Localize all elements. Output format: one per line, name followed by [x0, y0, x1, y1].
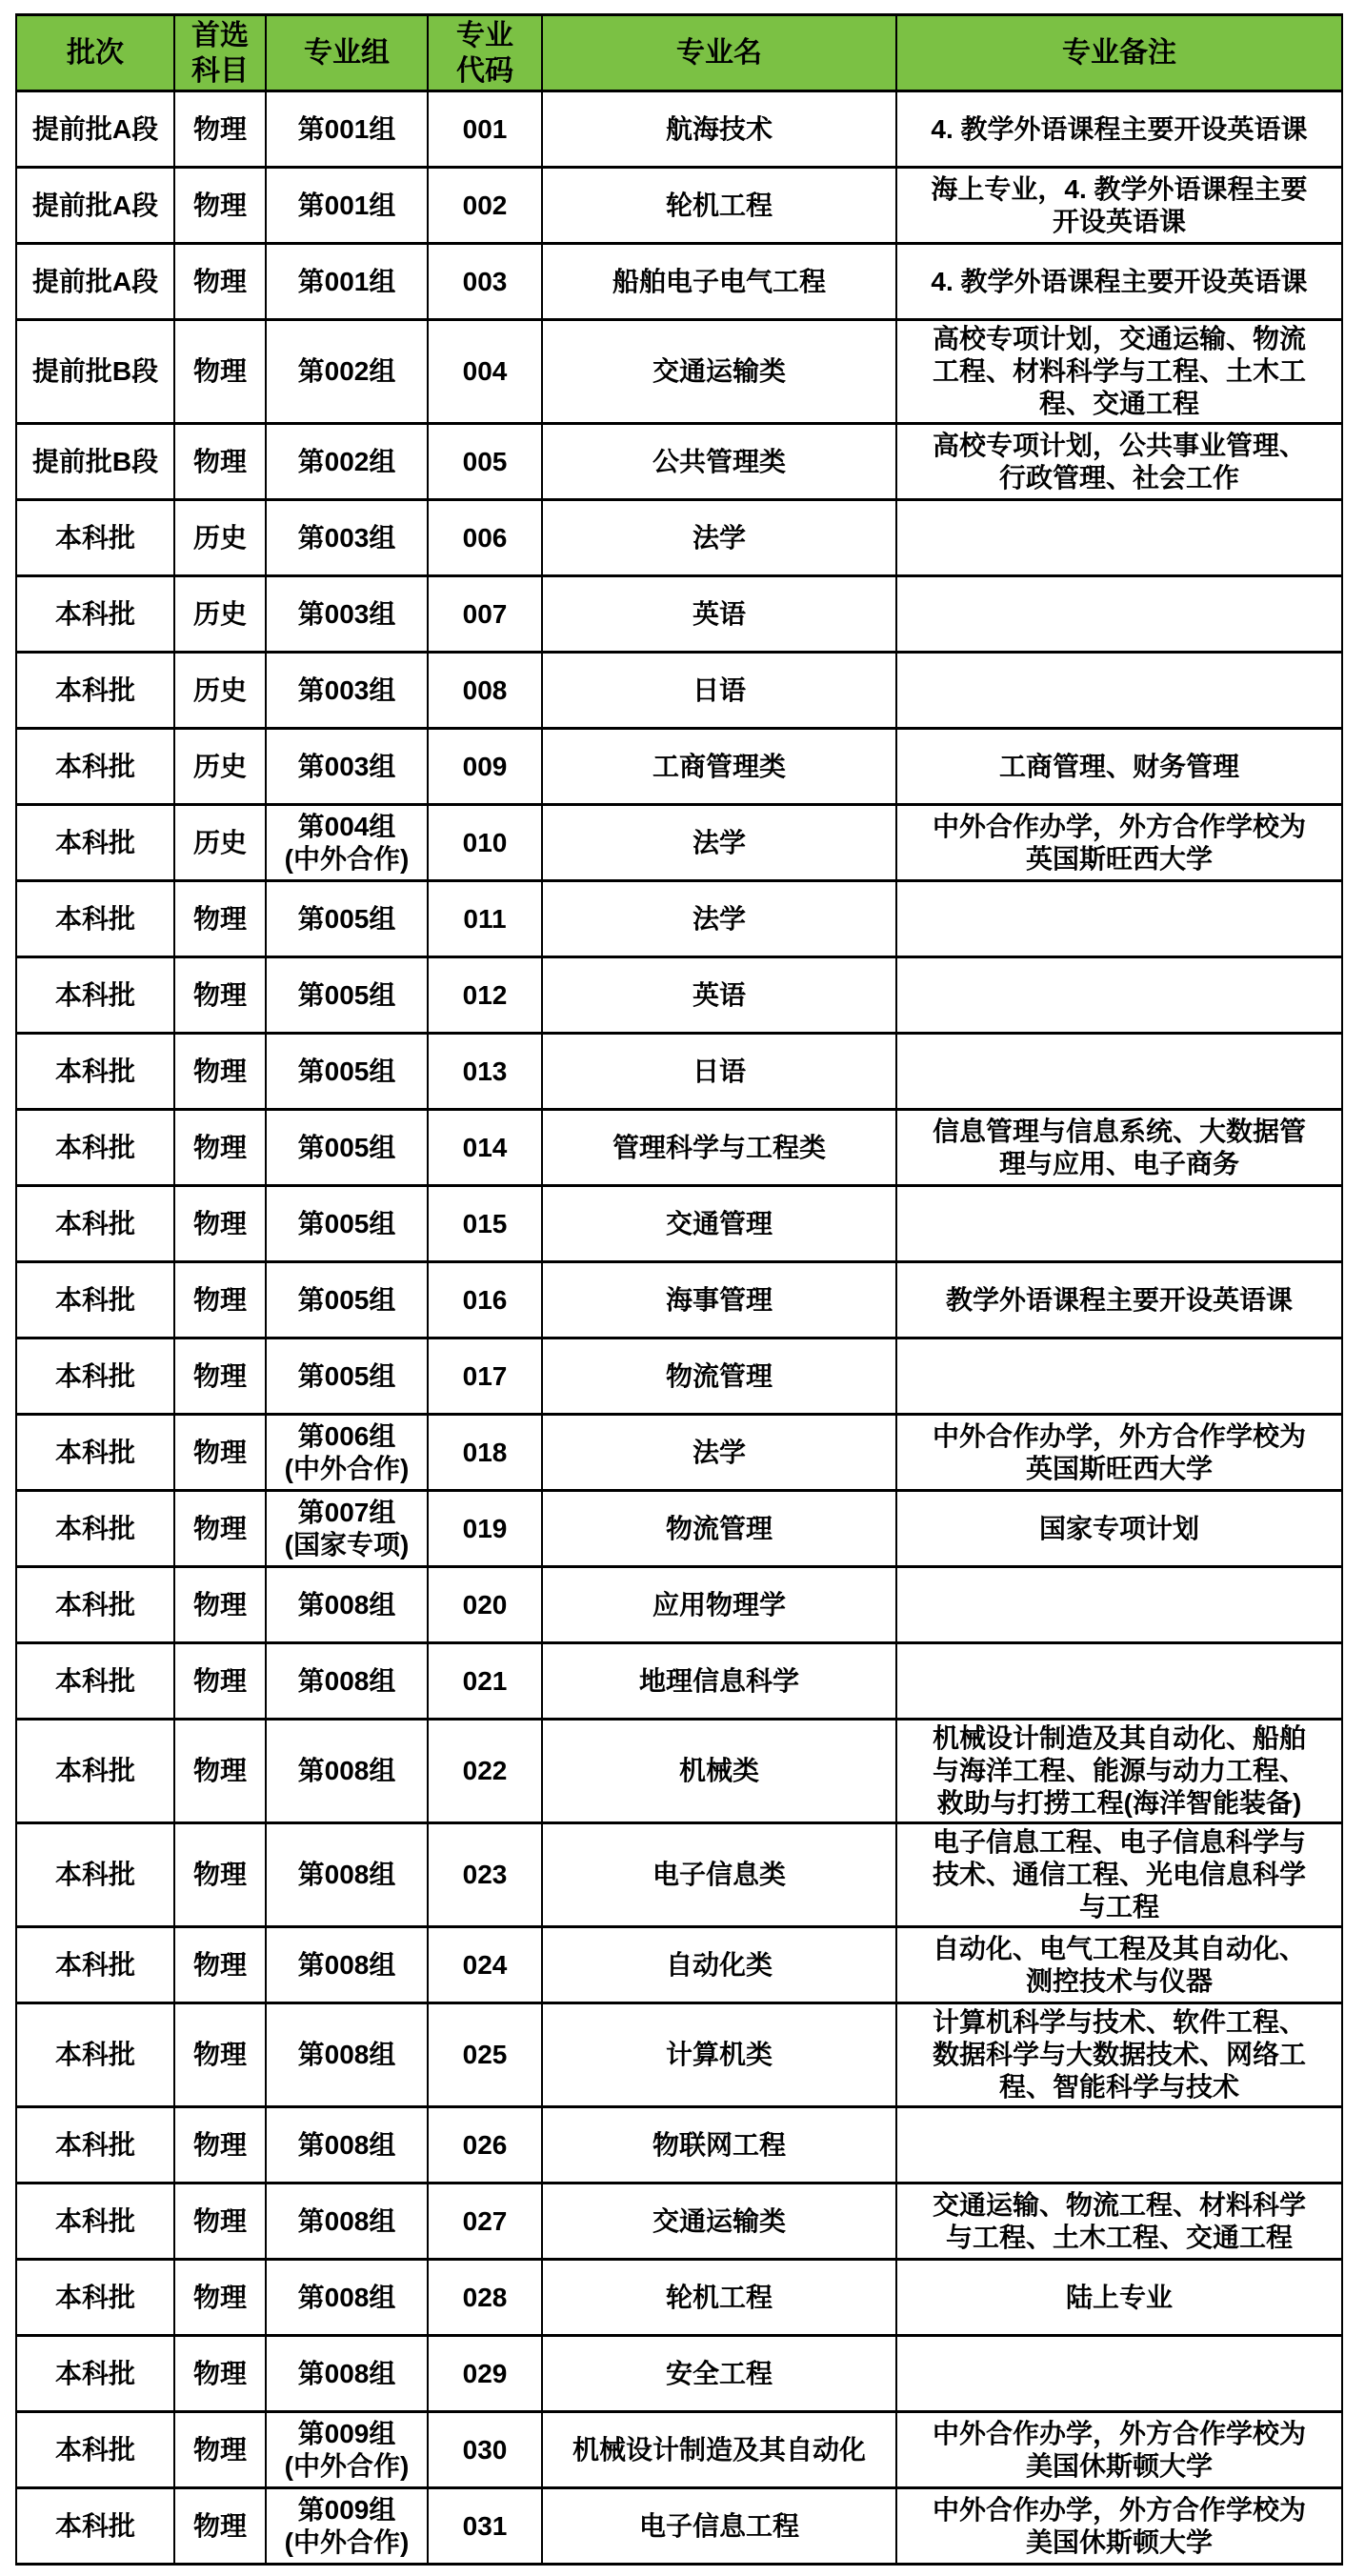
cell-group: 第002组 — [266, 424, 428, 500]
cell-major: 英语 — [542, 957, 896, 1034]
cell-remark: 4. 教学外语课程主要开设英语课 — [896, 244, 1342, 320]
table-row: 本科批历史第003组009工商管理类工商管理、财务管理 — [16, 729, 1342, 805]
cell-remark — [896, 1643, 1342, 1720]
cell-code: 028 — [428, 2260, 542, 2336]
cell-code: 009 — [428, 729, 542, 805]
cell-group: 第008组 — [266, 1720, 428, 1823]
cell-remark: 海上专业，4. 教学外语课程主要 开设英语课 — [896, 168, 1342, 244]
cell-remark — [896, 576, 1342, 653]
cell-code: 026 — [428, 2107, 542, 2184]
cell-subject: 物理 — [174, 320, 266, 424]
cell-code: 011 — [428, 881, 542, 957]
cell-subject: 物理 — [174, 2184, 266, 2260]
cell-major: 交通运输类 — [542, 320, 896, 424]
cell-code: 030 — [428, 2412, 542, 2488]
cell-subject: 物理 — [174, 1338, 266, 1415]
cell-subject: 物理 — [174, 1567, 266, 1643]
cell-major: 日语 — [542, 653, 896, 729]
cell-remark: 4. 教学外语课程主要开设英语课 — [896, 91, 1342, 168]
cell-major: 计算机类 — [542, 2003, 896, 2107]
majors-table: 批次首选 科目专业组专业 代码专业名专业备注 提前批A段物理第001组001航海… — [15, 13, 1343, 2566]
table-row: 本科批物理第007组 (国家专项)019物流管理国家专项计划 — [16, 1491, 1342, 1567]
cell-code: 014 — [428, 1110, 542, 1186]
cell-batch: 提前批A段 — [16, 168, 174, 244]
table-row: 本科批物理第008组026物联网工程 — [16, 2107, 1342, 2184]
cell-batch: 本科批 — [16, 2412, 174, 2488]
cell-remark: 国家专项计划 — [896, 1491, 1342, 1567]
cell-group: 第005组 — [266, 1338, 428, 1415]
cell-group: 第008组 — [266, 1823, 428, 1927]
cell-code: 019 — [428, 1491, 542, 1567]
cell-remark — [896, 653, 1342, 729]
cell-remark — [896, 1567, 1342, 1643]
table-row: 提前批A段物理第001组002轮机工程海上专业，4. 教学外语课程主要 开设英语… — [16, 168, 1342, 244]
header-cell-major: 专业名 — [542, 15, 896, 91]
cell-code: 029 — [428, 2336, 542, 2412]
header-cell-remark: 专业备注 — [896, 15, 1342, 91]
cell-remark: 交通运输、物流工程、材料科学 与工程、土木工程、交通工程 — [896, 2184, 1342, 2260]
table-row: 本科批物理第009组 (中外合作)030机械设计制造及其自动化中外合作办学，外方… — [16, 2412, 1342, 2488]
cell-subject: 物理 — [174, 957, 266, 1034]
cell-code: 005 — [428, 424, 542, 500]
cell-batch: 本科批 — [16, 2184, 174, 2260]
cell-major: 法学 — [542, 805, 896, 881]
cell-batch: 本科批 — [16, 1034, 174, 1110]
cell-code: 004 — [428, 320, 542, 424]
table-row: 提前批A段物理第001组003船舶电子电气工程4. 教学外语课程主要开设英语课 — [16, 244, 1342, 320]
cell-major: 管理科学与工程类 — [542, 1110, 896, 1186]
cell-remark: 高校专项计划，交通运输、物流 工程、材料科学与工程、土木工 程、交通工程 — [896, 320, 1342, 424]
cell-major: 自动化类 — [542, 1927, 896, 2003]
header-cell-code: 专业 代码 — [428, 15, 542, 91]
cell-subject: 物理 — [174, 2488, 266, 2565]
cell-major: 法学 — [542, 1415, 896, 1491]
cell-major: 物联网工程 — [542, 2107, 896, 2184]
cell-major: 航海技术 — [542, 91, 896, 168]
cell-remark — [896, 1186, 1342, 1262]
cell-code: 015 — [428, 1186, 542, 1262]
cell-group: 第008组 — [266, 1927, 428, 2003]
cell-batch: 本科批 — [16, 805, 174, 881]
cell-group: 第005组 — [266, 957, 428, 1034]
cell-code: 010 — [428, 805, 542, 881]
cell-subject: 物理 — [174, 1720, 266, 1823]
cell-group: 第003组 — [266, 653, 428, 729]
cell-subject: 物理 — [174, 1491, 266, 1567]
cell-group: 第009组 (中外合作) — [266, 2488, 428, 2565]
cell-group: 第008组 — [266, 2336, 428, 2412]
table-row: 提前批B段物理第002组005公共管理类高校专项计划，公共事业管理、 行政管理、… — [16, 424, 1342, 500]
cell-batch: 本科批 — [16, 2107, 174, 2184]
cell-code: 007 — [428, 576, 542, 653]
cell-code: 022 — [428, 1720, 542, 1823]
cell-batch: 提前批B段 — [16, 320, 174, 424]
cell-group: 第003组 — [266, 500, 428, 576]
table-row: 本科批物理第008组021地理信息科学 — [16, 1643, 1342, 1720]
cell-major: 交通管理 — [542, 1186, 896, 1262]
cell-code: 031 — [428, 2488, 542, 2565]
majors-table-container: 批次首选 科目专业组专业 代码专业名专业备注 提前批A段物理第001组001航海… — [15, 13, 1341, 2566]
cell-subject: 物理 — [174, 1643, 266, 1720]
cell-group: 第008组 — [266, 1567, 428, 1643]
cell-batch: 本科批 — [16, 1415, 174, 1491]
cell-group: 第005组 — [266, 881, 428, 957]
cell-major: 地理信息科学 — [542, 1643, 896, 1720]
table-row: 本科批历史第003组007英语 — [16, 576, 1342, 653]
cell-batch: 本科批 — [16, 500, 174, 576]
cell-code: 012 — [428, 957, 542, 1034]
cell-group: 第008组 — [266, 1643, 428, 1720]
cell-code: 016 — [428, 1262, 542, 1338]
cell-batch: 本科批 — [16, 2260, 174, 2336]
cell-batch: 本科批 — [16, 729, 174, 805]
cell-batch: 提前批A段 — [16, 91, 174, 168]
cell-subject: 物理 — [174, 1110, 266, 1186]
cell-remark — [896, 500, 1342, 576]
cell-remark — [896, 1034, 1342, 1110]
cell-subject: 物理 — [174, 1186, 266, 1262]
cell-subject: 历史 — [174, 805, 266, 881]
cell-major: 法学 — [542, 881, 896, 957]
cell-remark: 教学外语课程主要开设英语课 — [896, 1262, 1342, 1338]
cell-major: 工商管理类 — [542, 729, 896, 805]
cell-group: 第003组 — [266, 576, 428, 653]
cell-remark: 机械设计制造及其自动化、船舶 与海洋工程、能源与动力工程、 救助与打捞工程(海洋… — [896, 1720, 1342, 1823]
cell-batch: 本科批 — [16, 1491, 174, 1567]
cell-code: 008 — [428, 653, 542, 729]
table-row: 本科批物理第009组 (中外合作)031电子信息工程中外合作办学，外方合作学校为… — [16, 2488, 1342, 2565]
cell-code: 002 — [428, 168, 542, 244]
cell-subject: 物理 — [174, 91, 266, 168]
table-row: 本科批物理第008组020应用物理学 — [16, 1567, 1342, 1643]
cell-major: 交通运输类 — [542, 2184, 896, 2260]
cell-code: 024 — [428, 1927, 542, 2003]
table-row: 本科批物理第008组028轮机工程陆上专业 — [16, 2260, 1342, 2336]
cell-batch: 提前批B段 — [16, 424, 174, 500]
table-row: 本科批物理第008组022机械类机械设计制造及其自动化、船舶 与海洋工程、能源与… — [16, 1720, 1342, 1823]
cell-subject: 物理 — [174, 1034, 266, 1110]
table-row: 本科批物理第005组016海事管理教学外语课程主要开设英语课 — [16, 1262, 1342, 1338]
table-row: 本科批历史第003组006法学 — [16, 500, 1342, 576]
cell-subject: 历史 — [174, 729, 266, 805]
cell-batch: 本科批 — [16, 1823, 174, 1927]
page: { "table": { "colors": { "header_bg": "#… — [0, 0, 1345, 2576]
cell-code: 025 — [428, 2003, 542, 2107]
cell-remark: 陆上专业 — [896, 2260, 1342, 2336]
cell-subject: 物理 — [174, 2412, 266, 2488]
cell-group: 第005组 — [266, 1110, 428, 1186]
cell-major: 物流管理 — [542, 1491, 896, 1567]
cell-subject: 物理 — [174, 1415, 266, 1491]
header-cell-group: 专业组 — [266, 15, 428, 91]
table-row: 本科批物理第005组011法学 — [16, 881, 1342, 957]
cell-major: 机械类 — [542, 1720, 896, 1823]
table-row: 提前批B段物理第002组004交通运输类高校专项计划，交通运输、物流 工程、材料… — [16, 320, 1342, 424]
cell-group: 第008组 — [266, 2184, 428, 2260]
cell-remark — [896, 2336, 1342, 2412]
cell-subject: 历史 — [174, 576, 266, 653]
cell-batch: 提前批A段 — [16, 244, 174, 320]
table-row: 本科批物理第008组024自动化类自动化、电气工程及其自动化、 测控技术与仪器 — [16, 1927, 1342, 2003]
cell-remark: 自动化、电气工程及其自动化、 测控技术与仪器 — [896, 1927, 1342, 2003]
cell-batch: 本科批 — [16, 957, 174, 1034]
cell-remark: 中外合作办学，外方合作学校为 英国斯旺西大学 — [896, 805, 1342, 881]
cell-subject: 物理 — [174, 1927, 266, 2003]
cell-remark: 工商管理、财务管理 — [896, 729, 1342, 805]
cell-batch: 本科批 — [16, 1643, 174, 1720]
table-row: 本科批物理第005组017物流管理 — [16, 1338, 1342, 1415]
cell-remark: 电子信息工程、电子信息科学与 技术、通信工程、光电信息科学 与工程 — [896, 1823, 1342, 1927]
cell-subject: 物理 — [174, 2260, 266, 2336]
cell-major: 电子信息工程 — [542, 2488, 896, 2565]
cell-subject: 历史 — [174, 500, 266, 576]
cell-major: 应用物理学 — [542, 1567, 896, 1643]
cell-batch: 本科批 — [16, 576, 174, 653]
cell-group: 第004组 (中外合作) — [266, 805, 428, 881]
cell-remark — [896, 881, 1342, 957]
cell-group: 第001组 — [266, 244, 428, 320]
cell-remark: 中外合作办学，外方合作学校为 美国休斯顿大学 — [896, 2488, 1342, 2565]
cell-group: 第006组 (中外合作) — [266, 1415, 428, 1491]
cell-batch: 本科批 — [16, 1720, 174, 1823]
cell-group: 第005组 — [266, 1262, 428, 1338]
table-row: 本科批物理第006组 (中外合作)018法学中外合作办学，外方合作学校为 英国斯… — [16, 1415, 1342, 1491]
cell-subject: 历史 — [174, 653, 266, 729]
cell-subject: 物理 — [174, 2336, 266, 2412]
cell-remark — [896, 957, 1342, 1034]
cell-batch: 本科批 — [16, 1927, 174, 2003]
table-row: 本科批物理第005组012英语 — [16, 957, 1342, 1034]
table-row: 本科批物理第008组023电子信息类电子信息工程、电子信息科学与 技术、通信工程… — [16, 1823, 1342, 1927]
cell-remark: 高校专项计划，公共事业管理、 行政管理、社会工作 — [896, 424, 1342, 500]
cell-major: 船舶电子电气工程 — [542, 244, 896, 320]
cell-group: 第007组 (国家专项) — [266, 1491, 428, 1567]
cell-batch: 本科批 — [16, 881, 174, 957]
cell-code: 013 — [428, 1034, 542, 1110]
cell-code: 021 — [428, 1643, 542, 1720]
cell-major: 海事管理 — [542, 1262, 896, 1338]
cell-code: 027 — [428, 2184, 542, 2260]
cell-batch: 本科批 — [16, 2003, 174, 2107]
cell-group: 第008组 — [266, 2260, 428, 2336]
header-row: 批次首选 科目专业组专业 代码专业名专业备注 — [16, 15, 1342, 91]
cell-group: 第001组 — [266, 168, 428, 244]
table-row: 本科批历史第004组 (中外合作)010法学中外合作办学，外方合作学校为 英国斯… — [16, 805, 1342, 881]
table-row: 本科批物理第008组025计算机类计算机科学与技术、软件工程、 数据科学与大数据… — [16, 2003, 1342, 2107]
cell-group: 第005组 — [266, 1186, 428, 1262]
cell-group: 第002组 — [266, 320, 428, 424]
cell-major: 英语 — [542, 576, 896, 653]
header-cell-subject: 首选 科目 — [174, 15, 266, 91]
cell-major: 日语 — [542, 1034, 896, 1110]
cell-subject: 物理 — [174, 168, 266, 244]
cell-batch: 本科批 — [16, 2336, 174, 2412]
table-row: 本科批物理第008组027交通运输类交通运输、物流工程、材料科学 与工程、土木工… — [16, 2184, 1342, 2260]
cell-subject: 物理 — [174, 244, 266, 320]
table-row: 本科批历史第003组008日语 — [16, 653, 1342, 729]
cell-remark: 中外合作办学，外方合作学校为 英国斯旺西大学 — [896, 1415, 1342, 1491]
cell-subject: 物理 — [174, 2003, 266, 2107]
cell-remark — [896, 2107, 1342, 2184]
cell-code: 018 — [428, 1415, 542, 1491]
cell-code: 023 — [428, 1823, 542, 1927]
cell-group: 第005组 — [266, 1034, 428, 1110]
cell-batch: 本科批 — [16, 2488, 174, 2565]
table-row: 本科批物理第005组013日语 — [16, 1034, 1342, 1110]
cell-subject: 物理 — [174, 1823, 266, 1927]
cell-subject: 物理 — [174, 881, 266, 957]
cell-major: 机械设计制造及其自动化 — [542, 2412, 896, 2488]
cell-batch: 本科批 — [16, 1110, 174, 1186]
table-row: 本科批物理第005组015交通管理 — [16, 1186, 1342, 1262]
cell-remark — [896, 1338, 1342, 1415]
cell-major: 物流管理 — [542, 1338, 896, 1415]
cell-remark: 计算机科学与技术、软件工程、 数据科学与大数据技术、网络工 程、智能科学与技术 — [896, 2003, 1342, 2107]
cell-group: 第008组 — [266, 2003, 428, 2107]
cell-code: 003 — [428, 244, 542, 320]
cell-batch: 本科批 — [16, 653, 174, 729]
cell-remark: 信息管理与信息系统、大数据管 理与应用、电子商务 — [896, 1110, 1342, 1186]
cell-batch: 本科批 — [16, 1186, 174, 1262]
cell-remark: 中外合作办学，外方合作学校为 美国休斯顿大学 — [896, 2412, 1342, 2488]
cell-group: 第008组 — [266, 2107, 428, 2184]
table-row: 本科批物理第008组029安全工程 — [16, 2336, 1342, 2412]
cell-subject: 物理 — [174, 424, 266, 500]
cell-subject: 物理 — [174, 1262, 266, 1338]
cell-batch: 本科批 — [16, 1567, 174, 1643]
cell-group: 第001组 — [266, 91, 428, 168]
cell-major: 法学 — [542, 500, 896, 576]
cell-group: 第003组 — [266, 729, 428, 805]
cell-subject: 物理 — [174, 2107, 266, 2184]
cell-code: 017 — [428, 1338, 542, 1415]
cell-major: 安全工程 — [542, 2336, 896, 2412]
cell-major: 轮机工程 — [542, 2260, 896, 2336]
cell-batch: 本科批 — [16, 1338, 174, 1415]
cell-batch: 本科批 — [16, 1262, 174, 1338]
table-row: 提前批A段物理第001组001航海技术4. 教学外语课程主要开设英语课 — [16, 91, 1342, 168]
cell-code: 020 — [428, 1567, 542, 1643]
cell-major: 公共管理类 — [542, 424, 896, 500]
cell-code: 001 — [428, 91, 542, 168]
header-cell-batch: 批次 — [16, 15, 174, 91]
cell-major: 轮机工程 — [542, 168, 896, 244]
cell-group: 第009组 (中外合作) — [266, 2412, 428, 2488]
cell-code: 006 — [428, 500, 542, 576]
table-row: 本科批物理第005组014管理科学与工程类信息管理与信息系统、大数据管 理与应用… — [16, 1110, 1342, 1186]
cell-major: 电子信息类 — [542, 1823, 896, 1927]
